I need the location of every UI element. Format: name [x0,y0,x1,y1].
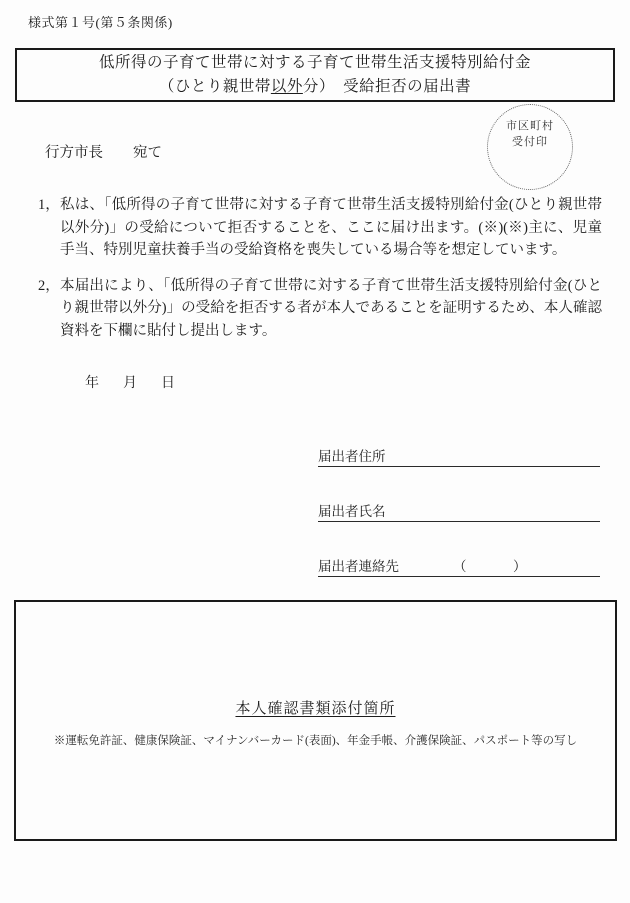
contact-paren-open: （ [453,558,467,576]
addressee-suffix: 宛て [133,145,162,161]
declaration-items: 1， 私は、「低所得の子育て世帯に対する子育て世帯生活支援特別給付金(ひとり親世… [38,194,602,355]
title-line1: 低所得の子育て世帯に対する子育て世帯生活支援特別給付金 [99,51,531,75]
reception-stamp-area: 市区町村 受付印 [487,104,573,190]
id-attachment-box[interactable]: 本人確認書類添付箇所 ※運転免許証、健康保険証、マイナンバーカード(表面)、年金… [14,600,617,841]
item-2-number: 2， [38,275,60,343]
item-2-text: 本届出により、「低所得の子育て世帯に対する子育て世帯生活支援特別給付金(ひとり親… [60,275,602,343]
title-box: 低所得の子育て世帯に対する子育て世帯生活支援特別給付金 （ひとり親世帯以外分） … [15,48,615,102]
form-number: 様式第１号(第５条関係) [28,12,173,31]
addressee-line: 行方市長宛て [45,141,162,162]
title-line2-suffix: 分） 受給拒否の届出書 [303,78,471,95]
applicant-name-label: 届出者氏名 [318,504,386,519]
stamp-text-line1: 市区町村 [488,118,572,134]
title-line2-underlined: 以外 [271,78,303,95]
applicant-address-label: 届出者住所 [318,449,386,464]
title-line2-prefix: （ひとり親世帯 [159,78,271,95]
date-line[interactable]: 年月日 [85,372,175,392]
attachment-note: ※運転免許証、健康保険証、マイナンバーカード(表面)、年金手帳、介護保険証、パス… [16,732,615,748]
contact-paren-close: ） [513,558,527,576]
addressee-name: 行方市長 [45,145,103,161]
title-line2: （ひとり親世帯以外分） 受給拒否の届出書 [159,75,471,99]
applicant-contact-field[interactable]: 届出者連絡先 （ ） [318,558,600,577]
date-month-label: 月 [123,376,137,391]
document-page: 様式第１号(第５条関係) 低所得の子育て世帯に対する子育て世帯生活支援特別給付金… [0,0,630,903]
stamp-text-line2: 受付印 [488,134,572,150]
declaration-item-2: 2， 本届出により、「低所得の子育て世帯に対する子育て世帯生活支援特別給付金(ひ… [38,275,602,343]
date-day-label: 日 [161,376,175,391]
date-year-label: 年 [85,376,99,391]
attachment-heading: 本人確認書類添付箇所 [16,697,615,718]
declaration-item-1: 1， 私は、「低所得の子育て世帯に対する子育て世帯生活支援特別給付金(ひとり親世… [38,194,602,262]
item-1-number: 1， [38,194,60,262]
applicant-address-field[interactable]: 届出者住所 [318,448,600,467]
applicant-contact-label: 届出者連絡先 [318,559,399,574]
applicant-name-field[interactable]: 届出者氏名 [318,503,600,522]
item-1-text: 私は、「低所得の子育て世帯に対する子育て世帯生活支援特別給付金(ひとり親世帯以外… [60,194,602,262]
